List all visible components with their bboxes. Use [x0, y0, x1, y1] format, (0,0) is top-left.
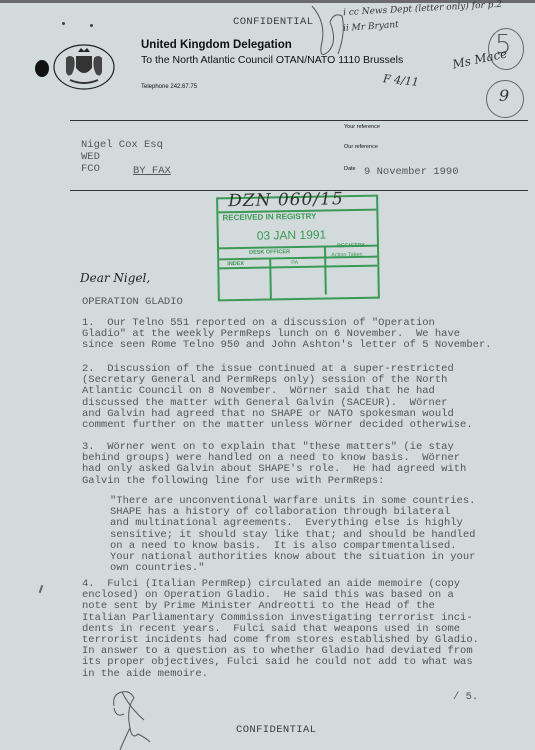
margin-mark: [39, 585, 44, 593]
ink-blot: [35, 60, 49, 77]
subject-line: OPERATION GLADIO: [82, 296, 183, 308]
document-page: CONFIDENTIAL United Kingdom Delegation T…: [0, 0, 535, 750]
paragraph-4: 4. Fulci (Italian PermRep) circulated an…: [82, 579, 532, 680]
recipient-department: WED: [81, 152, 100, 163]
recipient-office: FCO: [81, 164, 100, 175]
circled-mark: 9: [499, 86, 509, 105]
stamp-registry: REGISTRY: [337, 243, 365, 249]
registry-stamp: DZN 060/15 RECEIVED IN REGISTRY 03 JAN 1…: [216, 195, 380, 302]
handwritten-signature-icon: [110, 688, 170, 750]
paragraph-3: 3. Wörner went on to explain that "these…: [82, 442, 532, 487]
organisation-name: United Kingdom Delegation: [141, 39, 292, 51]
classification-footer: CONFIDENTIAL: [236, 724, 316, 736]
our-reference-label: Our reference: [344, 144, 378, 150]
salutation: Dear Nigel,: [80, 271, 150, 285]
speck: [62, 22, 65, 25]
stamp-desk-officer: DESK OFFICER: [249, 249, 290, 256]
quoted-line: "There are unconventional warfare units …: [110, 496, 535, 574]
organisation-subtitle: To the North Atlantic Council OTAN/NATO …: [141, 54, 403, 66]
stamp-handwritten-ref: DZN 060/15: [228, 189, 344, 211]
date-label: Date: [344, 166, 356, 172]
classification-header: CONFIDENTIAL: [233, 16, 313, 28]
stamp-received-text: RECEIVED IN REGISTRY: [222, 212, 316, 223]
header-divider: [70, 120, 528, 121]
handwritten-note-line-2: ii Mr Bryant: [343, 20, 399, 34]
paragraph-1: 1. Our Telno 551 reported on a discussio…: [82, 318, 532, 352]
recipient-name: Nigel Cox Esq: [81, 140, 163, 151]
royal-crest-icon: [52, 42, 116, 92]
speck: [90, 24, 93, 27]
telephone-number: Telephone 242.67.75: [141, 84, 197, 90]
your-reference-label: Your reference: [344, 124, 380, 130]
handwritten-initials: F 4/11: [382, 72, 419, 89]
paragraph-2: 2. Discussion of the issue continued at …: [82, 364, 532, 431]
handwritten-scribble-icon: [308, 2, 348, 64]
delivery-method: BY FAX: [133, 165, 171, 177]
date-value: 9 November 1990: [364, 166, 459, 178]
stamp-date: 03 JAN 1991: [257, 228, 327, 243]
continuation-marker: / 5.: [453, 691, 478, 703]
